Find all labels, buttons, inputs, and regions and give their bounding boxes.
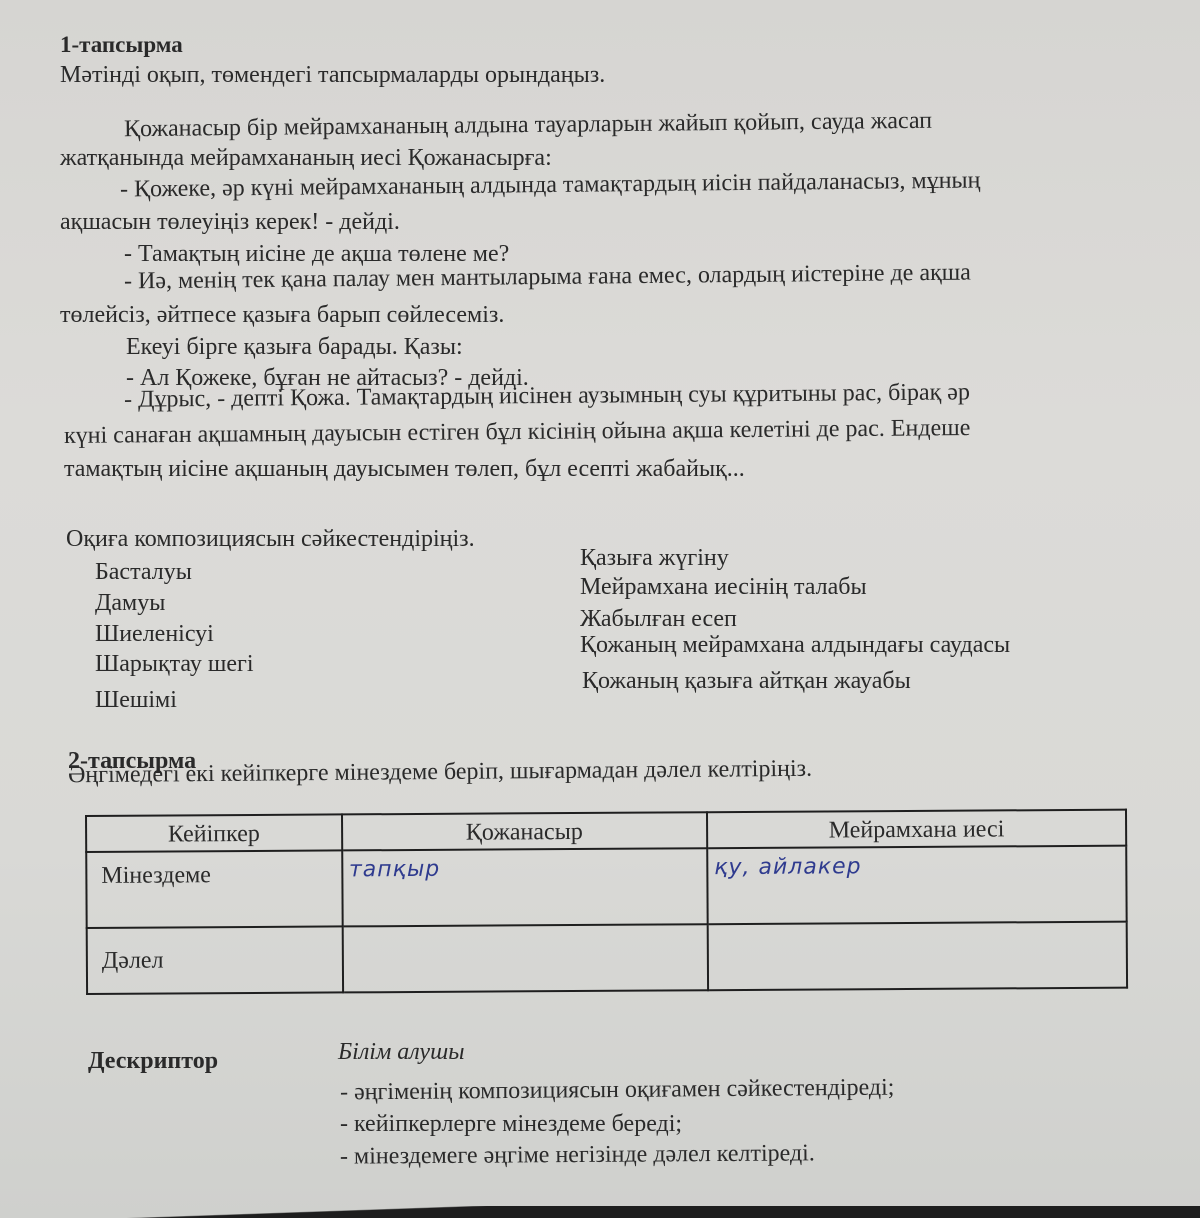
header-kozhanasyr: Қожанасыр <box>342 812 707 850</box>
header-character: Кейіпкер <box>86 814 342 852</box>
match-instruction: Оқиға композициясын сәйкестендіріңіз. <box>66 527 475 551</box>
story-line: - Қожеке, әр күні мейрамхананың алдында … <box>120 168 981 201</box>
story-line: күні санаған ақшамның дауысын естіген бұ… <box>64 416 970 448</box>
event-item: Мейрамхана иесінің талабы <box>580 575 867 599</box>
composition-part: Басталуы <box>95 560 192 584</box>
descriptor-item: - әңгіменің композициясын оқиғамен сәйке… <box>340 1076 895 1105</box>
story-line: - Тамақтың иісіне де ақша төлене ме? <box>124 242 509 266</box>
story-line: Екеуі бірге қазыға барады. Қазы: <box>126 335 463 359</box>
story-line: - Дұрыс, - депті Қожа. Тамақтардың иісін… <box>124 380 970 411</box>
task1-instruction: Мәтінді оқып, төмендегі тапсырмаларды ор… <box>60 63 605 87</box>
cell-kozhanasyr-characteristic[interactable]: тапқыр <box>342 848 708 926</box>
worksheet-page: 1-тапсырма Мәтінді оқып, төмендегі тапсы… <box>0 0 1200 1218</box>
story-line: тамақтың иісіне ақшаның дауысымен төлеп,… <box>64 457 745 481</box>
page-edge-shadow <box>0 1206 1200 1218</box>
story-line: Қожанасыр бір мейрамхананың алдына тауар… <box>124 109 932 141</box>
event-item: Қожаның қазыға айтқан жауабы <box>582 669 911 693</box>
composition-part: Шарықтау шегі <box>95 652 254 676</box>
row-label-characteristic: Мінездеме <box>86 850 342 928</box>
story-line: ақшасын төлеуіңіз керек! - дейді. <box>60 210 400 234</box>
handwritten-answer: қу, айлакер <box>708 848 862 880</box>
task1-title: 1-тапсырма <box>60 33 183 56</box>
task2-instruction: Әңгімедегі екі кейіпкерге мінездеме бері… <box>68 757 812 787</box>
cell-owner-characteristic[interactable]: қу, айлакер <box>707 846 1127 925</box>
character-table: Кейіпкер Қожанасыр Мейрамхана иесі Мінез… <box>85 809 1128 995</box>
composition-part: Дамуы <box>95 591 165 615</box>
header-restaurant-owner: Мейрамхана иесі <box>707 810 1126 849</box>
event-item: Қожаның мейрамхана алдындағы саудасы <box>580 633 1010 657</box>
cell-kozhanasyr-proof[interactable] <box>342 924 708 992</box>
composition-part: Шиеленісуі <box>95 622 214 646</box>
table-row: Дәлел <box>87 922 1127 994</box>
descriptor-item: - кейіпкерлерге мінездеме береді; <box>340 1112 682 1136</box>
handwritten-answer: тапқыр <box>343 851 441 883</box>
story-line: жатқанында мейрамхананың иесі Қожанасырғ… <box>60 146 552 170</box>
composition-part: Шешімі <box>95 688 177 712</box>
descriptor-subject: Білім алушы <box>338 1040 464 1064</box>
descriptor-item: - мінездемеге әңгіме негізінде дәлел кел… <box>340 1141 815 1168</box>
cell-owner-proof[interactable] <box>708 922 1128 991</box>
descriptor-label: Дескриптор <box>88 1049 218 1073</box>
story-line: төлейсіз, әйтпесе қазыға барып сөйлесемі… <box>60 303 504 327</box>
row-label-proof: Дәлел <box>87 926 343 994</box>
event-item: Қазыға жүгіну <box>580 546 729 570</box>
event-item: Жабылған есеп <box>580 607 737 631</box>
table-row: Мінездеме тапқыр қу, айлакер <box>86 846 1126 928</box>
